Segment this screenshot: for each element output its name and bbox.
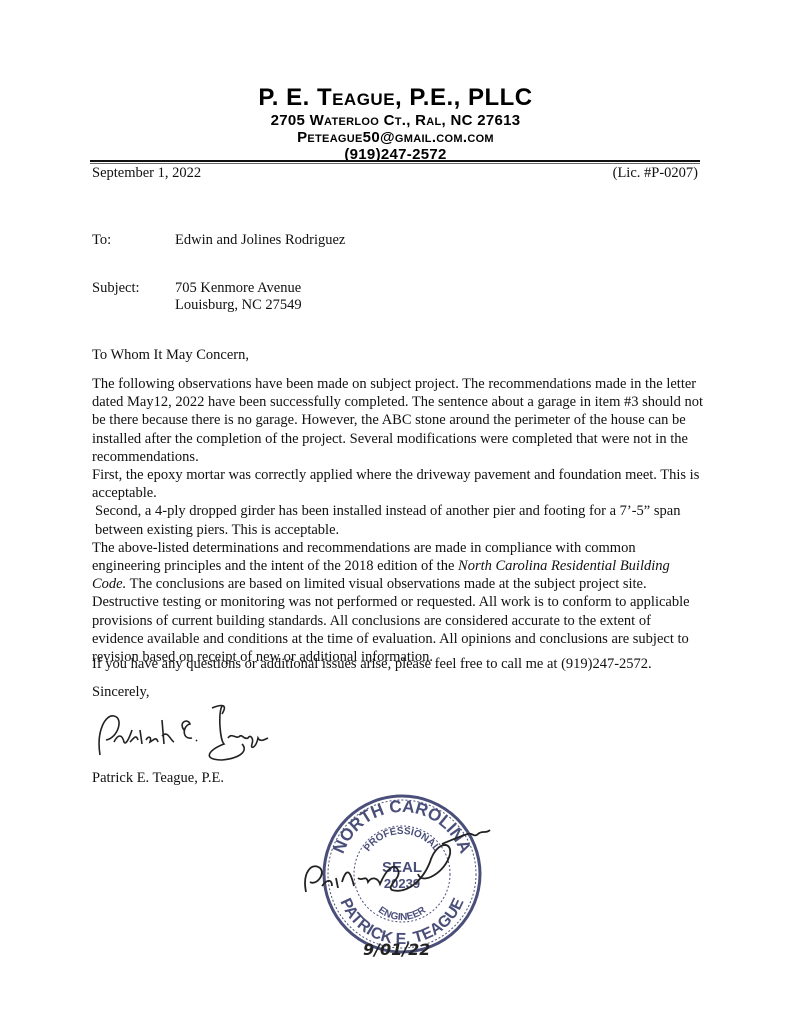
company-name: P. E. Teague, P.E., PLLC — [0, 84, 791, 112]
header-divider — [90, 160, 700, 162]
license-number: (Lic. #P-0207) — [613, 164, 698, 182]
paragraph-disclaimer: The above-listed determinations and reco… — [92, 539, 704, 666]
engineer-seal-icon: NORTH CAROLINA PATRICK E. TEAGUE PROFESS… — [302, 782, 502, 962]
letter-body: The following observations have been mad… — [92, 375, 704, 666]
signature-icon — [92, 700, 312, 770]
signer-name: Patrick E. Teague, P.E. — [92, 769, 224, 787]
subject-line-2: Louisburg, NC 27549 — [175, 296, 302, 314]
letterhead: P. E. Teague, P.E., PLLC 2705 Waterloo C… — [0, 84, 791, 163]
svg-text:PROFESSIONAL: PROFESSIONAL — [362, 826, 442, 854]
signoff: Sincerely, — [92, 683, 149, 701]
letter-date: September 1, 2022 — [92, 164, 201, 182]
subject-line-1: 705 Kenmore Avenue — [175, 279, 301, 297]
company-email: Peteague50@gmail.com.com — [0, 129, 791, 146]
paragraph-observations: The following observations have been mad… — [92, 375, 704, 466]
company-address: 2705 Waterloo Ct., Ral, NC 27613 — [0, 112, 791, 129]
subject-label: Subject: — [92, 279, 140, 297]
paragraph-second: Second, a 4-ply dropped girder has been … — [92, 502, 704, 538]
stamp-date: 9/01/22 — [363, 940, 430, 959]
recipient: Edwin and Jolines Rodriguez — [175, 231, 345, 249]
disclaimer-text-b: The conclusions are based on limited vis… — [92, 576, 690, 665]
salutation: To Whom It May Concern, — [92, 346, 249, 364]
svg-text:SEAL: SEAL — [382, 859, 422, 876]
to-label: To: — [92, 231, 111, 249]
paragraph-first: First, the epoxy mortar was correctly ap… — [92, 466, 704, 502]
closing-note: If you have any questions or additional … — [92, 655, 712, 673]
svg-text:ENGINEER: ENGINEER — [376, 904, 428, 923]
